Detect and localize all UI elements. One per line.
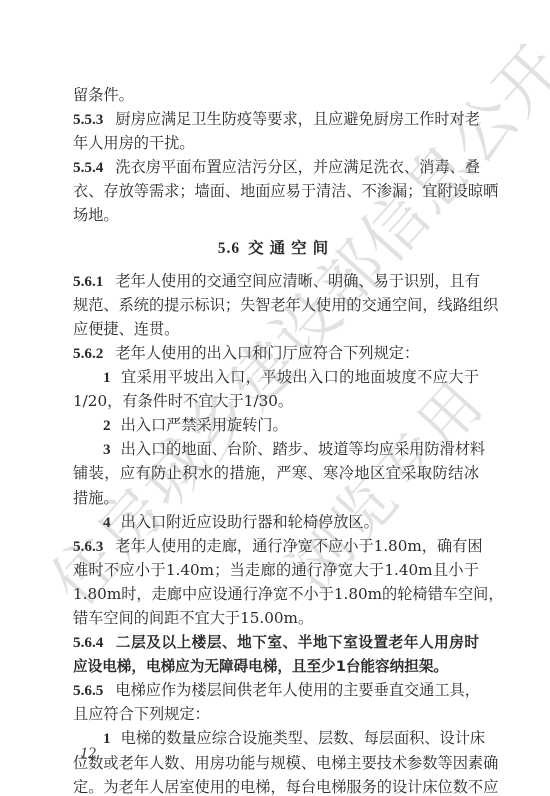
text-line: 难时不应小于1.40m；当走廊的通行净宽大于1.40m且小于 [73,558,479,582]
clause-number: 5.6.3 [73,538,103,555]
text-line: 位数或老年人数、用房功能与规模、电梯主要技术参数等因素确 [73,751,479,775]
clause-5-5-3: 5.5.3厨房应满足卫生防疫等要求，且应避免厨房工作时对老 [73,107,479,131]
clause-5-6-5: 5.6.5电梯应作为楼层间供老年人使用的主要垂直交通工具， [73,678,479,702]
clause-5-6-2: 5.6.2老年人使用的出入口和门厅应符合下列规定： [73,341,479,365]
section-title: 交通空间 [248,239,334,257]
text-line: 应便捷、连贯。 [73,317,479,341]
list-item-4: 4出入口附近应设助行器和轮椅停放区。 [73,510,479,534]
text-line: 铺装，应有防止积水的措施，严寒、寒冷地区宜采取防结冰 [73,461,479,485]
clause-number: 5.5.4 [73,159,103,176]
page-number: 12 [80,745,96,763]
text-line: 场地。 [73,203,479,227]
text-line: 年人用房的干扰。 [73,131,479,155]
clause-number: 5.6.1 [73,273,103,290]
text-line: 衣、存放等需求；墙面、地面应易于清洁、不渗漏；宜附设晾晒 [73,179,479,203]
clause-number: 5.6.2 [73,345,103,362]
clause-5-5-4: 5.5.4洗衣房平面布置应洁污分区，并应满足洗衣、消毒、叠 [73,155,479,179]
text-line: 规范、系统的提示标识；失智老年人使用的交通空间，线路组织 [73,293,479,317]
list-item-3: 3出入口的地面、台阶、踏步、坡道等均应采用防滑材料 [73,437,479,461]
clause-number: 5.6.4 [73,634,103,651]
list-item-1: 1电梯的数量应综合设施类型、层数、每层面积、设计床 [73,726,479,750]
section-heading: 5.6交通空间 [73,236,479,260]
text-line: 1.80m时，走廊中应设通行净宽不小于1.80m的轮椅错车空间， [73,582,479,606]
clause-5-6-3: 5.6.3老年人使用的走廊，通行净宽不应小于1.80m，确有困 [73,534,479,558]
text-line: 且应符合下列规定： [73,702,479,726]
clause-number: 5.5.3 [73,111,103,128]
text-line: 定。为老年人居室使用的电梯，每台电梯服务的设计床位数不应 [73,775,479,796]
text-line: 错车空间的间距不宜大于15.00m。 [73,606,479,630]
text-line: 措施。 [73,486,479,510]
section-number: 5.6 [218,240,240,257]
text-line: 1/20，有条件时不宜大于1/30。 [73,389,479,413]
list-item-2: 2出入口严禁采用旋转门。 [73,413,479,437]
clause-number: 5.6.5 [73,682,103,699]
clause-5-6-1: 5.6.1老年人使用的交通空间应清晰、明确、易于识别，且有 [73,269,479,293]
text-line: 留条件。 [73,83,479,107]
clause-5-6-4: 5.6.4二层及以上楼层、地下室、半地下室设置老年人用房时 [73,630,479,654]
list-item-1: 1宜采用平坡出入口，平坡出入口的地面坡度不应大于 [73,365,479,389]
document-page: 留条件。 5.5.3厨房应满足卫生防疫等要求，且应避免厨房工作时对老 年人用房的… [73,83,479,796]
text-line: 应设电梯，电梯应为无障碍电梯，且至少1台能容纳担架。 [73,654,479,678]
